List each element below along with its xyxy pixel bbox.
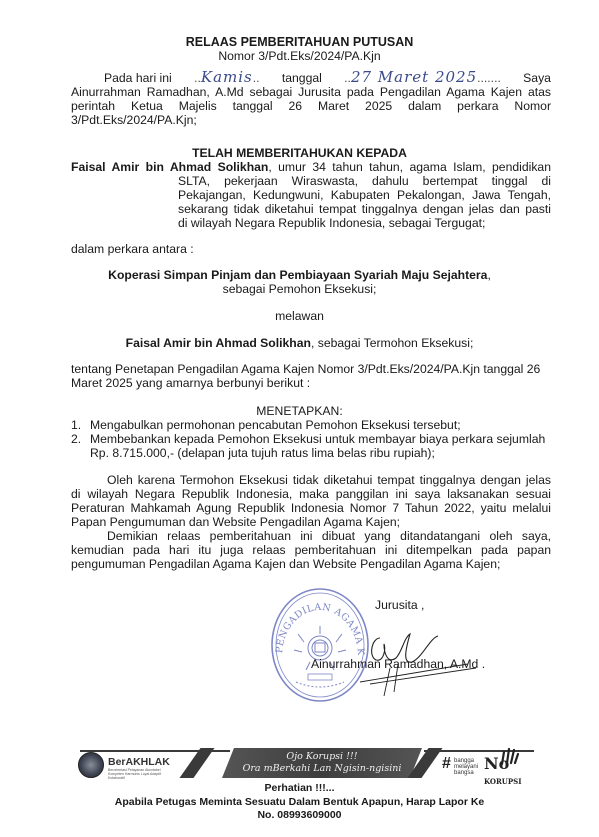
recipient-line-1: Faisal Amir bin Ahmad Solikhan, umur 34 … (71, 160, 551, 174)
closing-line-2: kemudian pada hari itu juga relaas pembe… (71, 543, 551, 557)
ruling-item-2-line-1: Membebankan kepada Pemohon Eksekusi untu… (90, 432, 545, 446)
bangga-melayani-bangsa-logo: bangga melayani bangsa (454, 758, 478, 776)
case-between: dalam perkara antara : (71, 242, 194, 256)
opening-line-4: 3/Pdt.Eks/2024/PA.Kjn; (71, 113, 197, 127)
footer-banner: BerAKHLAK Berorientasi Pelayanan Akuntab… (72, 744, 542, 784)
slogan-line-2: Ora mBerkahi Lan Ngisin-ngisini (222, 763, 422, 775)
hand-stop-icon (498, 746, 520, 766)
opening-line-2: Ainurrahman Ramadhan, A.Md sebagai Jurus… (71, 85, 551, 99)
because-line-1: Oleh karena Termohon Eksekusi tidak dike… (107, 473, 551, 487)
report-phone-number: No. 08993609000 (0, 808, 599, 822)
regarding-line-2: Maret 2025 yang amarnya berbunyi berikut… (71, 376, 310, 390)
opening-line-1: Pada hari ini ..Kamis.. tanggal ..27 Mar… (104, 70, 551, 85)
handwritten-day: Kamis (201, 68, 253, 86)
respondent-line: Faisal Amir bin Ahmad Solikhan, sebagai … (0, 336, 599, 350)
ruling-item-1-num: 1. (71, 418, 81, 432)
slogan-line-1: Ojo Korupsi !!! (222, 751, 422, 763)
document-page: RELAAS PEMBERITAHUAN PUTUSAN Nomor 3/Pdt… (0, 0, 599, 837)
ruling-item-2-line-2: Rp. 8.715.000,- (delapan juta tujuh ratu… (90, 446, 435, 460)
opening-line-3: perintah Ketua Majelis tanggal 26 Maret … (71, 99, 551, 113)
court-logo-icon (78, 752, 104, 778)
signer-name: Ainurrahman Ramadhan, A.Md . (311, 657, 485, 671)
recipient-name: Faisal Amir bin Ahmad Solikhan (71, 160, 268, 174)
document-title: RELAAS PEMBERITAHUAN PUTUSAN (0, 35, 599, 49)
applicant-line: Koperasi Simpan Pinjam dan Pembiayaan Sy… (0, 268, 599, 282)
because-line-3: Peraturan Mahkamah Agung Republik Indone… (71, 501, 551, 515)
report-line: Apabila Petugas Meminta Sesuatu Dalam Be… (0, 795, 599, 809)
recipient-line-3: Pekajangan, Kedungwuni, Kabupaten Pekalo… (178, 188, 551, 202)
because-line-2: di wilayah Negara Republik Indonesia, ma… (71, 487, 551, 501)
recipient-line-5: di wilayah Negara Republik Indonesia, se… (178, 216, 485, 230)
versus-label: melawan (0, 309, 599, 323)
berakhlak-subtitle: Berorientasi Pelayanan Akuntabel Kompete… (108, 768, 168, 780)
handwritten-signature (350, 608, 500, 698)
opening-suffix: Saya (523, 71, 551, 85)
closing-line-3: pengumuman Pengadilan Agama Kajen dan We… (71, 557, 500, 571)
notify-heading: TELAH MEMBERITAHUKAN KEPADA (0, 146, 599, 160)
attention-label: Perhatian !!!... (0, 781, 599, 795)
handwritten-date: 27 Maret 2025 (351, 68, 477, 86)
closing-line-1: Demikian relaas pemberitahuan ini dibuat… (107, 529, 551, 543)
regarding-line-1: tentang Penetapan Pengadilan Agama Kajen… (71, 362, 540, 376)
slogan-band: Ojo Korupsi !!! Ora mBerkahi Lan Ngisin-… (222, 748, 422, 778)
ruling-item-1: Mengabulkan permohonan pencabutan Pemoho… (90, 418, 461, 432)
berakhlak-logo: BerAKHLAK (108, 756, 170, 768)
respondent-name: Faisal Amir bin Ahmad Solikhan (126, 336, 311, 350)
opening-prefix: Pada hari ini (104, 71, 172, 85)
document-number: Nomor 3/Pdt.Eks/2024/PA.Kjn (0, 49, 599, 63)
tanggal-label: tanggal (282, 71, 322, 85)
applicant-role: sebagai Pemohon Eksekusi; (0, 282, 599, 296)
applicant-name: Koperasi Simpan Pinjam dan Pembiayaan Sy… (108, 268, 487, 282)
recipient-line-2: SLTA, pekerjaan Wiraswasta, dahulu berte… (178, 174, 551, 188)
decorative-slash (179, 748, 214, 778)
ruling-item-2-num: 2. (71, 432, 81, 446)
because-line-4: Papan Pengumuman dan Website Pengadilan … (71, 515, 400, 529)
recipient-line-4: sekarang tidak diketahui tempat tinggaln… (178, 202, 551, 216)
ruling-heading: MENETAPKAN: (0, 404, 599, 418)
hashtag-icon: # (442, 756, 451, 772)
